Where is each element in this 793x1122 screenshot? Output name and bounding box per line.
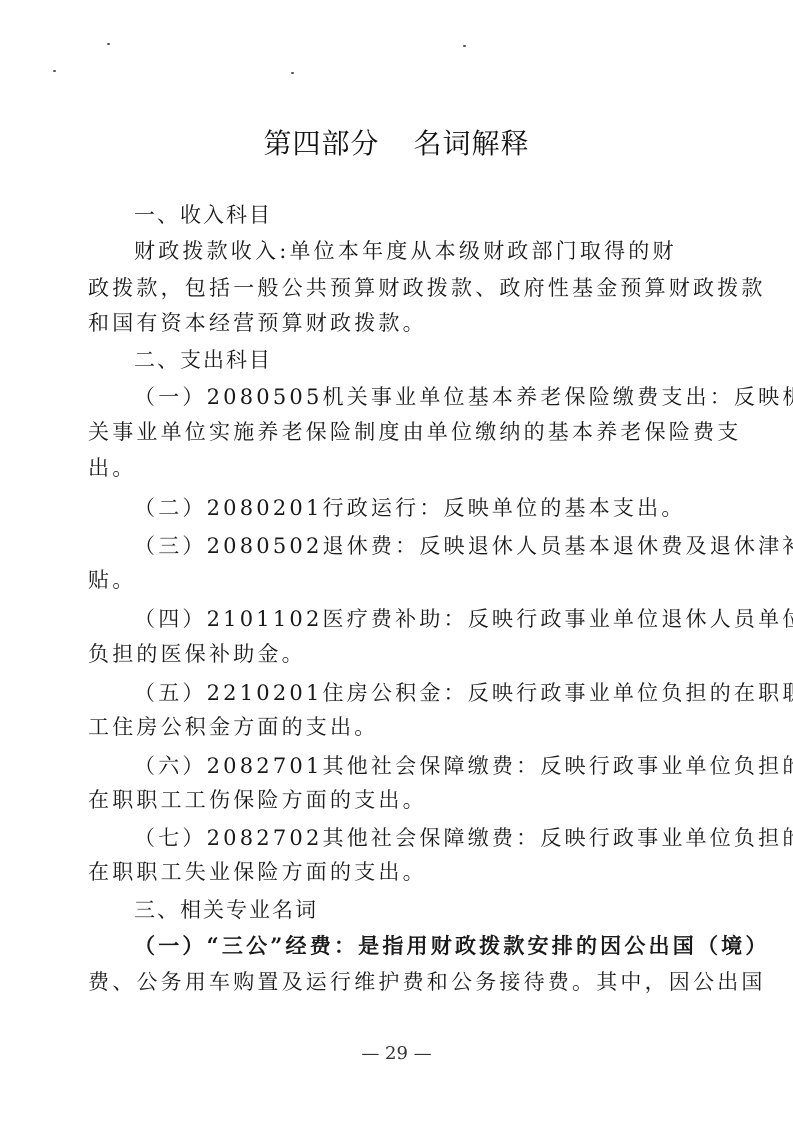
- item-line: 出。: [88, 455, 136, 481]
- item-line: 贴。: [88, 567, 136, 593]
- item-line: （二）2080201行政运行：反映单位的基本支出。: [134, 495, 686, 521]
- item-line: （三）2080502退休费：反映退休人员基本退休费及退休津补: [134, 533, 793, 559]
- item-line: （五）2210201住房公积金：反映行政事业单位负担的在职职: [134, 680, 793, 706]
- section-heading-terms: 三、相关专业名词: [134, 897, 318, 923]
- scan-speck: [107, 43, 110, 45]
- item-line: 负担的医保补助金。: [88, 641, 306, 667]
- paragraph-line: 财政拨款收入:单位本年度从本级财政部门取得的财: [134, 238, 677, 264]
- item-line: 费、公务用车购置及运行维护费和公务接待费。其中，因公出国: [88, 969, 766, 995]
- item-line: （四）2101102医疗费补助：反映行政事业单位退休人员单位: [134, 606, 793, 632]
- item-line: 在职职工工伤保险方面的支出。: [88, 787, 427, 813]
- item-line: 关事业单位实施养老保险制度由单位缴纳的基本养老保险费支: [88, 419, 741, 445]
- scan-speck: [463, 45, 466, 47]
- item-line: 工住房公积金方面的支出。: [88, 714, 378, 740]
- item-line: （七）2082702其他社会保障缴费：反映行政事业单位负担的: [134, 825, 793, 851]
- title-part: 第四部分: [263, 127, 379, 160]
- item-line: （一）“三公”经费：是指用财政拨款安排的因公出国（境）: [134, 933, 770, 959]
- item-line: 在职职工失业保险方面的支出。: [88, 859, 427, 885]
- item-line: （一）2080505机关事业单位基本养老保险缴费支出：反映机: [134, 384, 793, 410]
- section-heading-income: 一、收入科目: [134, 202, 272, 228]
- section-heading-expenditure: 二、支出科目: [134, 347, 272, 373]
- paragraph-line: 和国有资本经营预算财政拨款。: [88, 310, 427, 336]
- item-line: （六）2082701其他社会保障缴费：反映行政事业单位负担的: [134, 753, 793, 779]
- title-name: 名词解释: [414, 127, 530, 160]
- scan-speck: [291, 72, 294, 74]
- page-title: 第四部分名词解释: [0, 122, 793, 162]
- paragraph-line: 政拨款，包括一般公共预算财政拨款、政府性基金预算财政拨款: [88, 275, 766, 301]
- page-number: — 29 —: [0, 1043, 793, 1064]
- scan-speck: [53, 70, 56, 72]
